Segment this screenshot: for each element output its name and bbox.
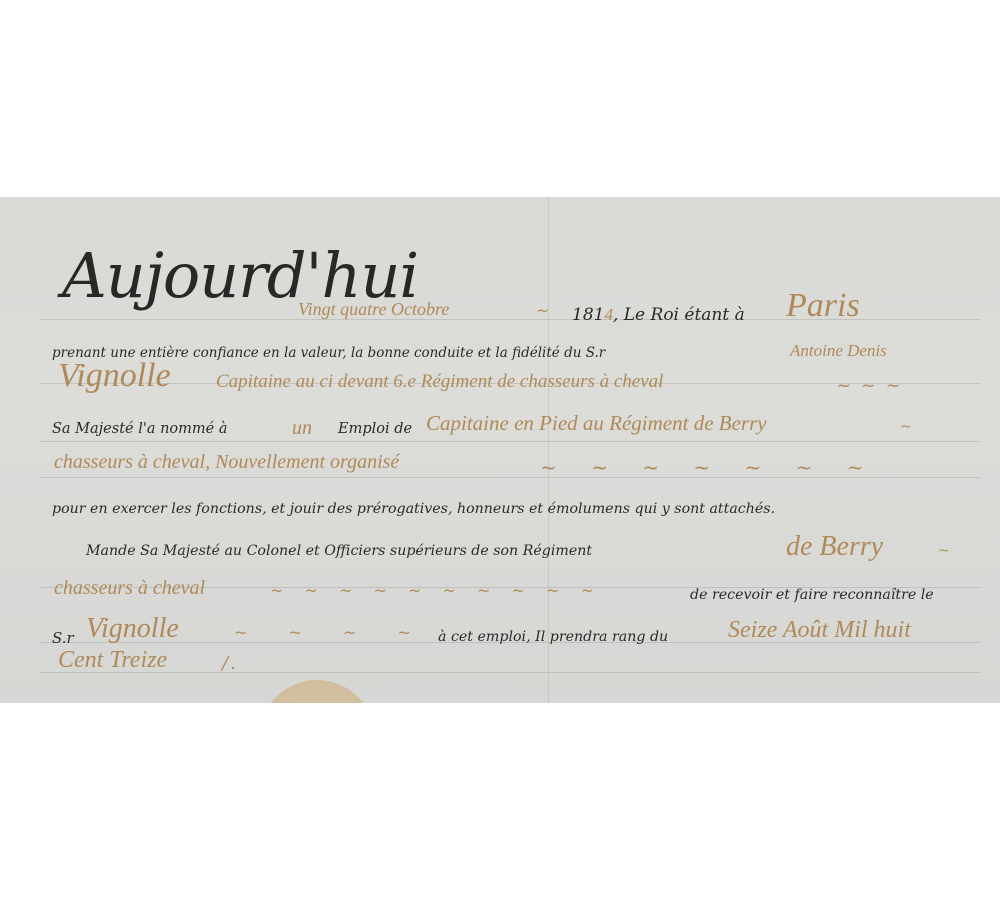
handwritten-name: Antoine Denis	[790, 341, 887, 361]
flourish: ~	[938, 543, 952, 559]
handwritten-date: Seize Août Mil huit	[728, 617, 911, 644]
flourish: ~ ~ ~ ~ ~ ~ ~ ~ ~ ~	[270, 581, 602, 600]
printed-text: pour en exercer les fonctions, et jouir …	[52, 501, 775, 517]
year-printed: 181	[572, 305, 604, 325]
fold-crease	[548, 197, 549, 703]
ruled-line	[40, 441, 980, 442]
flourish: ~	[536, 301, 551, 320]
document-paper: Aujourd'hui Vingt quatre Octobre ~ 1814,…	[0, 197, 1000, 703]
year-handwritten-digit: 4	[604, 305, 613, 324]
handwritten-text: un	[292, 417, 312, 440]
printed-text: Mande Sa Majesté au Colonel et Officiers…	[86, 543, 592, 559]
handwritten-regiment: de Berry	[786, 531, 883, 563]
handwritten-surname: Vignolle	[86, 613, 179, 645]
flourish: ~ ~ ~ ~ ~ ~ ~	[540, 455, 877, 479]
handwritten-surname: Vignolle	[58, 357, 171, 395]
handwritten-place: Paris	[786, 287, 860, 325]
flourish: ~	[900, 419, 914, 435]
printed-text: Emploi de	[338, 421, 412, 437]
ruled-line	[40, 672, 980, 673]
wax-seal	[258, 680, 376, 703]
printed-text: de recevoir et faire reconnaître le	[690, 587, 934, 603]
printed-text: Sa Majesté l'a nommé à	[52, 421, 228, 437]
printed-text: à cet emploi, Il prendra rang du	[438, 629, 668, 645]
handwritten-text: chasseurs à cheval	[54, 577, 205, 600]
handwritten-date: Cent Treize	[58, 647, 167, 674]
handwritten-post: Capitaine en Pied au Régiment de Berry	[426, 411, 767, 436]
flourish: ~ ~ ~	[836, 375, 903, 396]
printed-text: , Le Roi étant à	[613, 305, 745, 325]
handwritten-rank: Capitaine au ci devant 6.e Régiment de c…	[216, 371, 663, 393]
flourish: ~ ~ ~ ~	[234, 623, 429, 642]
handwritten-date: Vingt quatre Octobre	[298, 299, 449, 320]
handwritten-text: chasseurs à cheval, Nouvellement organis…	[54, 451, 399, 474]
flourish: /.	[222, 653, 238, 674]
printed-text: S.r	[52, 629, 74, 647]
